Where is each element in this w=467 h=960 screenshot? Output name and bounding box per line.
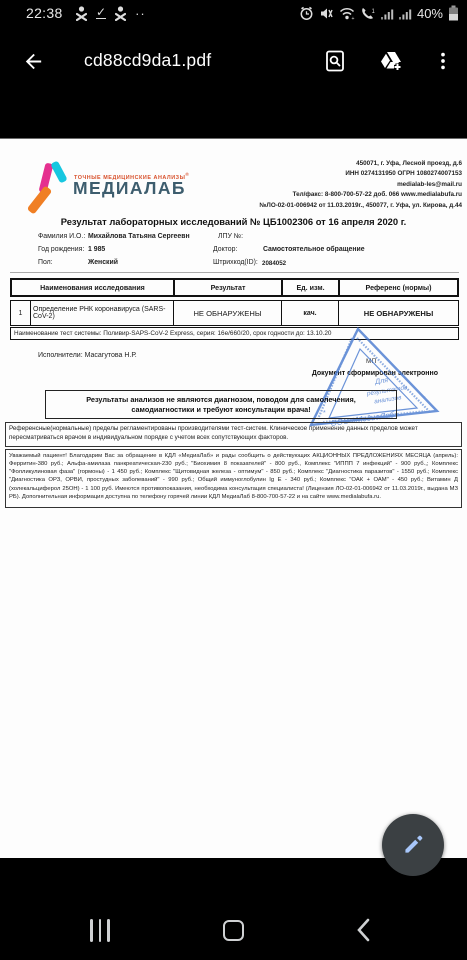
find-in-document-icon[interactable] [316, 42, 354, 80]
recents-icon [90, 919, 109, 942]
barcode-value: 2084052 [262, 260, 286, 267]
alarm-icon [299, 6, 314, 21]
doctor-label: Доктор: [213, 246, 237, 253]
col-header: Ед. изм. [283, 280, 340, 295]
sex-label: Пол: [38, 259, 53, 266]
birth-label: Год рождения: [38, 246, 84, 253]
person-badge-icon [76, 6, 87, 21]
home-icon [223, 920, 244, 941]
back-button[interactable] [333, 908, 393, 952]
overflow-menu-icon[interactable] [424, 42, 462, 80]
pdf-viewer-toolbar: cd88cd9da1.pdf [0, 28, 467, 94]
stamp-text: Для [373, 375, 388, 386]
results-table-header: Наименования исследования Результат Ед. … [10, 278, 459, 297]
file-title: cd88cd9da1.pdf [84, 50, 211, 71]
address-line: medialab-les@mail.ru [202, 180, 462, 190]
battery-percent-text: 40% [417, 6, 443, 21]
barcode-label: Штрихкод(ID): [213, 259, 258, 266]
registered-mark: ® [185, 172, 189, 177]
add-to-drive-icon[interactable] [372, 42, 410, 80]
stamp-corner-mark: * [365, 337, 368, 344]
signal-bars-icon [381, 6, 394, 21]
more-notifications-dots: ·· [135, 6, 146, 21]
signal-bars-icon [399, 6, 412, 21]
back-arrow-icon[interactable] [16, 44, 50, 78]
test-name: Определение РНК коронавируса (SARS-CoV-2… [31, 301, 174, 325]
lab-address-block: 450071, г. Уфа, Лесной проезд, д.6 ИНН 0… [202, 159, 462, 211]
edit-fab-button[interactable] [382, 814, 444, 876]
battery-icon [448, 5, 459, 21]
address-line: Тел/факс: 8-800-700-57-22 доб. 066 www.m… [202, 190, 462, 200]
home-button[interactable] [203, 908, 263, 952]
test-result: НЕ ОБНАРУЖЕНЫ [174, 301, 282, 325]
birth-value: 1 985 [88, 246, 105, 253]
recents-button[interactable] [70, 908, 130, 952]
sex-value: Женский [88, 259, 118, 266]
surname-label: Фамилия И.О.: [38, 233, 85, 240]
mute-icon [319, 6, 334, 21]
person-badge-icon [115, 6, 126, 21]
row-number: 1 [11, 301, 31, 325]
phone-screen: 22:38 ✓ ·· [0, 0, 467, 960]
warning-box: Результаты анализов не являются диагнозо… [45, 390, 397, 419]
col-header: Наименования исследования [12, 280, 175, 295]
col-header: Референс (нормы) [340, 280, 457, 295]
address-line: №ЛО-02-01-006942 от 11.03.2019г., 450077… [202, 201, 462, 211]
test-reference: НЕ ОБНАРУЖЕНЫ [339, 301, 458, 325]
wifi-icon: + [339, 6, 355, 21]
divider-line [10, 272, 459, 273]
lpu-label: ЛПУ №: [218, 233, 243, 240]
download-done-icon: ✓ [96, 7, 106, 19]
test-unit: кач. [282, 301, 339, 325]
executors-text: Исполнители: Масагутова Н.Р. [38, 352, 137, 359]
clock-text: 22:38 [26, 5, 63, 21]
address-line: 450071, г. Уфа, Лесной проезд, д.6 [202, 159, 462, 169]
svg-text:1: 1 [371, 9, 375, 15]
surname-value: Михайлова Татьяна Сергеевн [88, 233, 190, 240]
status-bar: 22:38 ✓ ·· [0, 0, 467, 28]
android-nav-bar [0, 900, 467, 960]
doctor-value: Самостоятельное обращение [263, 246, 365, 253]
edit-pencil-icon [400, 832, 426, 858]
pdf-page[interactable]: ТОЧНЫЕ МЕДИЦИНСКИЕ АНАЛИЗЫ® МЕДИАЛАБ 450… [0, 138, 467, 858]
call-icon: 1 [360, 6, 376, 21]
logo-name: МЕДИАЛАБ [73, 178, 186, 199]
stamp-corner-mark: * [423, 396, 426, 403]
medialab-logo-icon [33, 161, 75, 217]
warning-line: Результаты анализов не являются диагнозо… [86, 395, 356, 405]
address-line: ИНН 0274131950 ОГРН 1080274007153 [202, 169, 462, 179]
back-chevron-icon [355, 917, 371, 943]
warning-line: самодиагностики и требуют консультации в… [131, 405, 310, 415]
reference-note-box: Референсные(нормальные) пределы регламен… [5, 422, 462, 447]
svg-text:+: + [351, 16, 354, 21]
report-title: Результат лабораторных исследований № ЦБ… [0, 216, 467, 227]
col-header: Результат [175, 280, 283, 295]
promo-box: Уважаемый пациент! Благодарим Вас за обр… [5, 449, 462, 508]
table-row: 1 Определение РНК коронавируса (SARS-CoV… [10, 300, 459, 326]
